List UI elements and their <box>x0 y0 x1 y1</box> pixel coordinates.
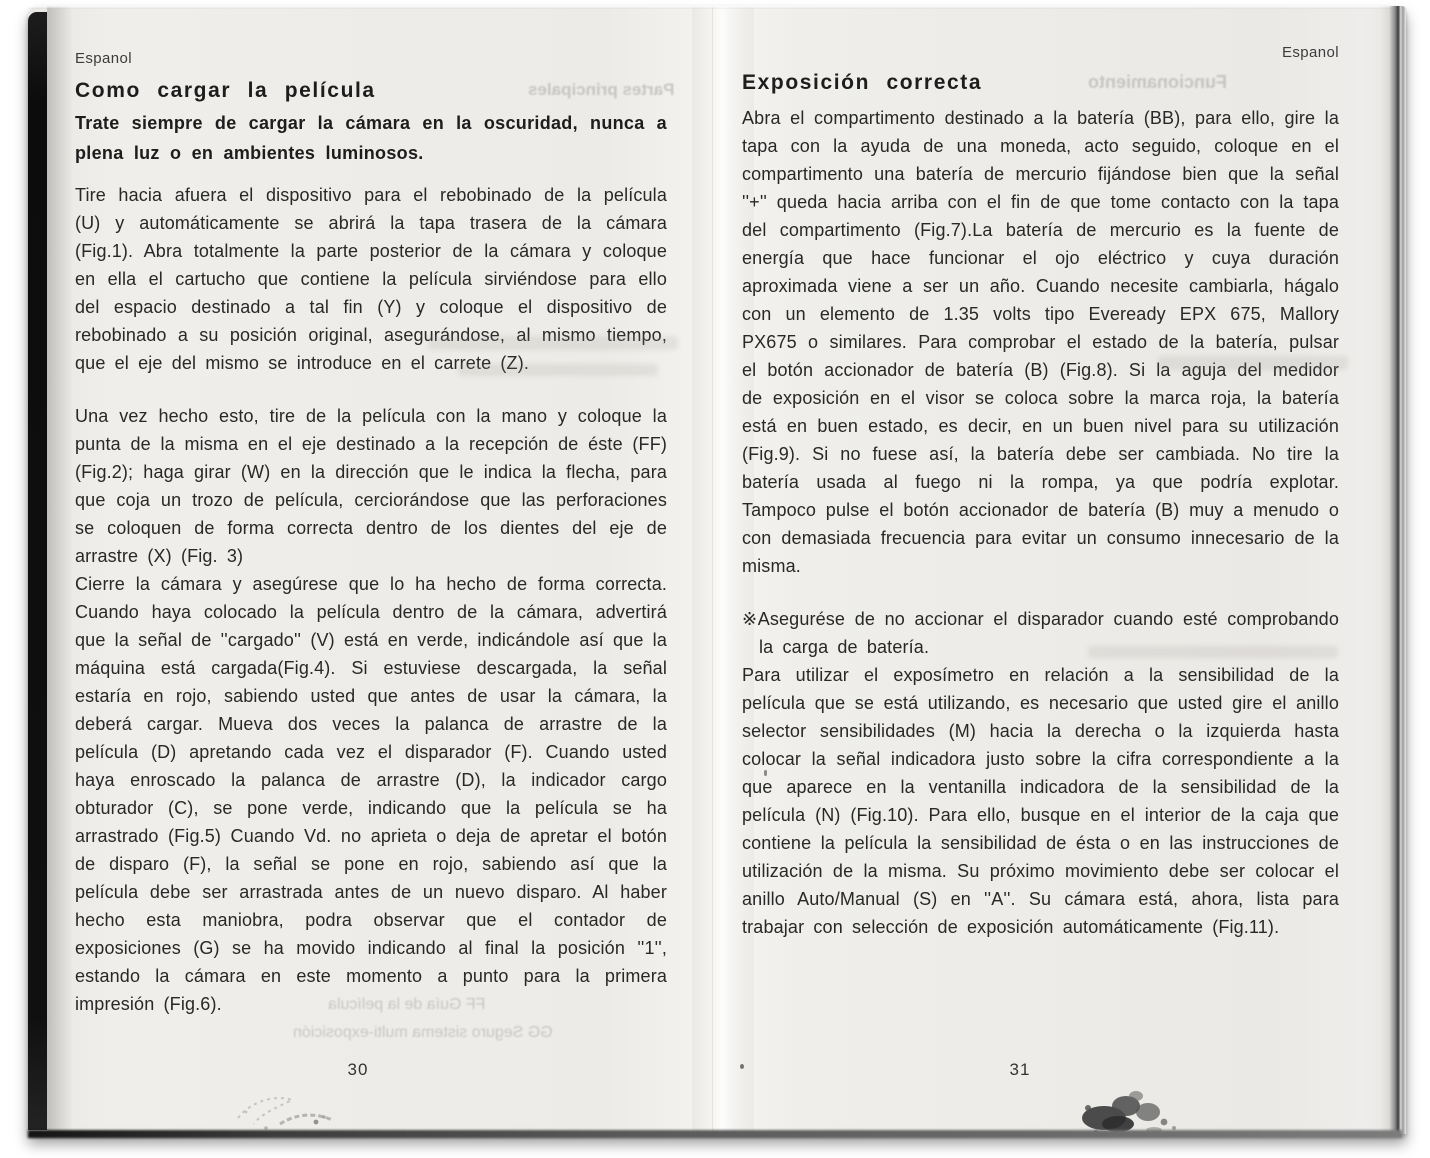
ink-stain <box>1060 1078 1190 1140</box>
bleedthrough-text: FF Guía de la película <box>328 996 485 1014</box>
bleedthrough-smear <box>1158 356 1348 370</box>
left-page-body: Tire hacia afuera el dispositivo para el… <box>75 181 667 1018</box>
left-page: Espanol Como cargar la película Trate si… <box>75 50 667 1018</box>
section-subtitle-left: Trate siempre de cargar la cámara en la … <box>75 108 667 168</box>
pencil-smudge-stain <box>220 1084 360 1136</box>
open-book-spread: Espanol Como cargar la película Trate si… <box>28 6 1406 1134</box>
right-page-stack-edge <box>1380 6 1406 1134</box>
paragraph: Para utilizar el exposímetro en relación… <box>742 661 1339 941</box>
paragraph: Cierre la cámara y asegúrese que lo ha h… <box>75 570 667 1018</box>
bleedthrough-text: Funcionamiento <box>1088 72 1227 93</box>
spine-shadow <box>47 6 73 1134</box>
paragraph: Abra el compartimento destinado a la bat… <box>742 104 1339 580</box>
right-page-body: Abra el compartimento destinado a la bat… <box>742 104 1339 941</box>
paragraph: Una vez hecho esto, tire de la película … <box>75 402 667 570</box>
bleedthrough-smear <box>1088 646 1338 658</box>
dust-speck <box>740 1064 744 1069</box>
bleedthrough-smear <box>458 364 658 376</box>
bleedthrough-text: GG Seguro sistema multi-exposición <box>293 1024 553 1042</box>
page-number-right: 31 <box>990 1060 1050 1080</box>
page-number-left: 30 <box>328 1060 388 1080</box>
language-label-right: Espanol <box>742 44 1339 62</box>
language-label-left: Espanol <box>75 50 667 68</box>
section-title-right: Exposición correcta <box>742 70 1339 96</box>
top-page-edge <box>28 6 1406 9</box>
book-spine-edge <box>28 12 47 1130</box>
scanned-manual-photo: Espanol Como cargar la película Trate si… <box>0 0 1430 1158</box>
gutter-line <box>712 6 713 1134</box>
right-page: Espanol Exposición correcta Abra el comp… <box>742 44 1339 941</box>
bleedthrough-smear <box>428 336 678 350</box>
bleedthrough-text: Partes principales <box>528 80 674 100</box>
dust-speck <box>764 770 767 776</box>
